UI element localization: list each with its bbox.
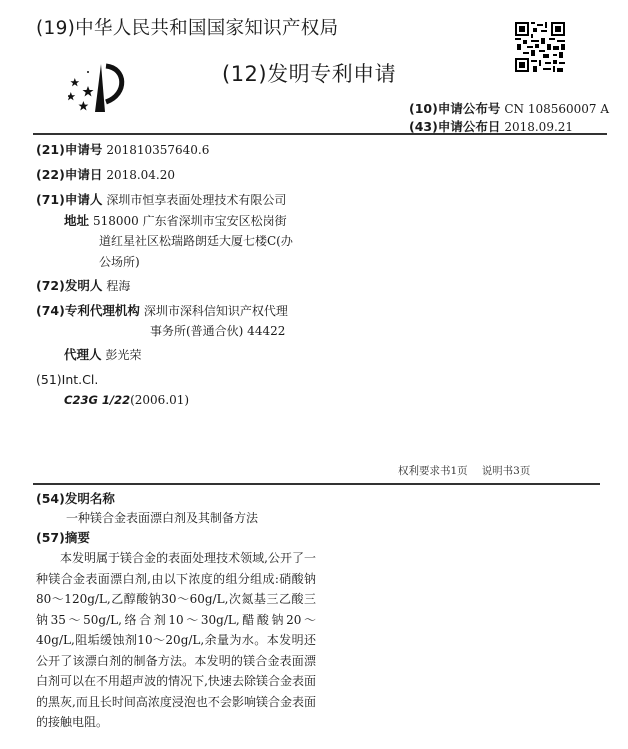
abstract-label: (57)摘要 [36, 527, 90, 548]
intcl-version: (2006.01) [130, 393, 189, 407]
agent-field: 代理人 彭光荣 [64, 344, 142, 366]
publication-date-label: (43)申请公布日 [409, 119, 500, 134]
publication-number-row: (10)申请公布号CN 108560007 A [409, 99, 609, 117]
abstract-divider [33, 483, 600, 485]
address-line-2: 道红星社区松瑞路朗廷大厦七楼C(办 [99, 231, 293, 252]
publication-number-label: (10)申请公布号 [409, 101, 500, 116]
intcl-classification: C23G 1/22(2006.01) [64, 389, 189, 411]
address-line-3: 公场所) [99, 252, 140, 273]
issuing-office: (19)中华人民共和国国家知识产权局 [36, 14, 338, 40]
address-field: 地址 518000 广东省深圳市宝安区松岗街 [64, 210, 287, 232]
filing-date-field: (22)申请日 2018.04.20 [36, 164, 175, 186]
agency-line-1: 深圳市深科信知识产权代理 [144, 304, 288, 318]
application-number-label: (21)申请号 [36, 142, 102, 157]
abstract-text: 本发明属于镁合金的表面处理技术领域,公开了一种镁合金表面漂白剂,由以下浓度的组分… [36, 548, 316, 733]
document-type: (12)发明专利申请 [222, 58, 396, 88]
agency-label: (74)专利代理机构 [36, 303, 140, 318]
publication-number-value: CN 108560007 A [504, 102, 609, 116]
header-divider [33, 133, 607, 135]
page-counts: 权利要求书1页说明书3页 [398, 463, 544, 478]
address-line-1: 518000 广东省深圳市宝安区松岗街 [93, 214, 287, 228]
agency-field: (74)专利代理机构 深圳市深科信知识产权代理 [36, 300, 288, 322]
qr-code-icon [514, 22, 566, 72]
filing-date-label: (22)申请日 [36, 167, 102, 182]
intcl-label: (51)Int.Cl. [36, 369, 98, 390]
invention-title: 一种镁合金表面漂白剂及其制备方法 [66, 508, 258, 529]
invention-title-label-text: (54)发明名称 [36, 491, 115, 506]
applicant-label: (71)申请人 [36, 192, 102, 207]
invention-title-label: (54)发明名称 [36, 488, 115, 509]
inventor-value: 程海 [106, 279, 130, 293]
intcl-code: C23G 1/22 [64, 393, 130, 407]
applicant-value: 深圳市恒享表面处理技术有限公司 [106, 193, 286, 207]
application-number-value: 201810357640.6 [106, 143, 209, 157]
abstract-label-text: (57)摘要 [36, 530, 90, 545]
inventor-field: (72)发明人 程海 [36, 275, 130, 297]
address-label: 地址 [64, 213, 89, 228]
publication-date-value: 2018.09.21 [504, 120, 573, 134]
claims-pages: 权利要求书1页 [398, 465, 468, 477]
abstract-body: 本发明属于镁合金的表面处理技术领域,公开了一种镁合金表面漂白剂,由以下浓度的组分… [36, 548, 316, 733]
filing-date-value: 2018.04.20 [106, 168, 175, 182]
description-pages: 说明书3页 [482, 465, 531, 477]
application-number-field: (21)申请号 201810357640.6 [36, 139, 209, 161]
agent-label: 代理人 [64, 347, 102, 362]
applicant-field: (71)申请人 深圳市恒享表面处理技术有限公司 [36, 189, 286, 211]
agency-line-2: 事务所(普通合伙) 44422 [150, 321, 285, 342]
inventor-label: (72)发明人 [36, 278, 102, 293]
agent-value: 彭光荣 [106, 348, 142, 362]
cnipa-logo-icon [68, 60, 128, 115]
